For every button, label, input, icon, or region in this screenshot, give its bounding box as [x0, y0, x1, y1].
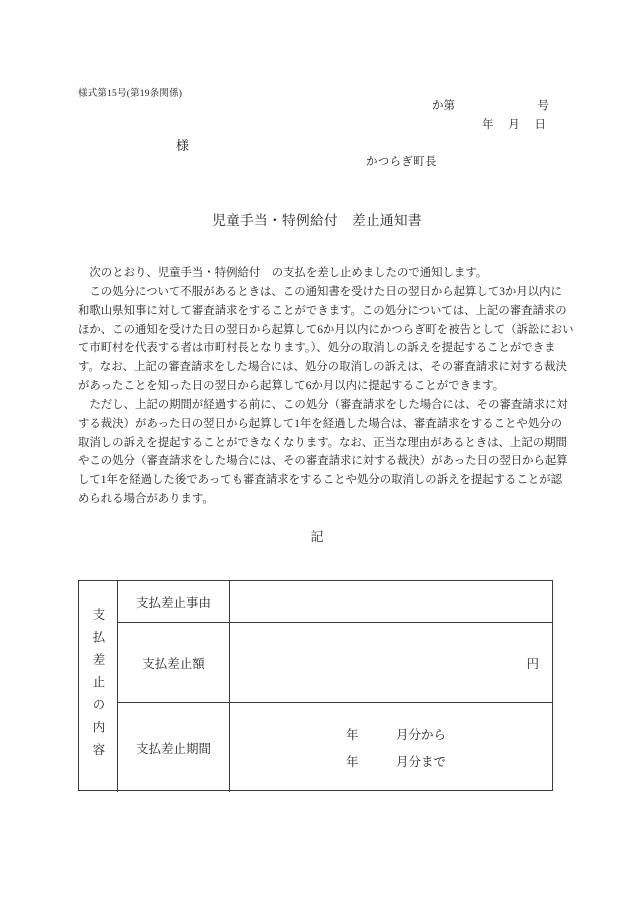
period-from-line: 年 月分から [346, 725, 552, 743]
body-line: ほか、この通知を受けた日の翌日から起算して6か月以内にかつらぎ町を被告として（訴… [78, 321, 564, 340]
body-line: やこの処分（審査請求をした場合には、その審査請求に対する裁決）があった日の翌日か… [78, 452, 564, 471]
body-line: す。なお、上記の審査請求をした場合には、処分の取消しの訴えは、その審査請求に対す… [78, 358, 564, 377]
body-line: ただし、上記の期間が経過する前に、この処分（審査請求をした場合には、その審査請求… [78, 396, 564, 415]
date-line: 年 月 日 [482, 116, 546, 132]
reason-label-cell: 支払差止事由 [118, 581, 230, 623]
body-line: 取消しの訴えを提起することができなくなります。なお、正当な理由があるときは、上記… [78, 434, 564, 453]
reason-value-cell [230, 581, 552, 623]
body-line: があったことを知った日の翌日から起算して6か月以内に提起することができます。 [78, 377, 564, 396]
amount-value-cell: 円 [230, 623, 552, 703]
amount-label-cell: 支払差止額 [118, 623, 230, 703]
period-label-cell: 支払差止期間 [118, 703, 230, 792]
date-month-label: 月 [508, 116, 520, 132]
table-vertical-header: 支払差止の内容 [79, 581, 118, 792]
body-text: 次のとおり、児童手当・特例給付 の支払を差し止めましたので通知します。 この処分… [78, 264, 564, 509]
date-day-label: 日 [535, 116, 547, 132]
document-title: 児童手当・特例給付 差止通知書 [78, 209, 556, 229]
body-line: 次のとおり、児童手当・特例給付 の支払を差し止めましたので通知します。 [78, 264, 564, 283]
amount-unit-label: 円 [526, 654, 539, 672]
sender-name: かつらぎ町長 [366, 153, 437, 169]
addressee-suffix: 様 [176, 135, 189, 154]
reference-number-line: か第 号 [432, 97, 549, 113]
form-number: 様式第15号(第19条関係) [78, 85, 182, 99]
body-line: て市町村を代表する者は市町村長となります。）、処分の取消しの訴えを提起することが… [78, 339, 564, 358]
document-page: 様式第15号(第19条関係) か第 号 年 月 日 様 かつらぎ町長 児童手当・… [0, 0, 630, 903]
body-line: この処分について不服があるときは、この通知書を受けた日の翌日から起算して3か月以… [78, 283, 564, 302]
body-line: められる場合があります。 [78, 490, 564, 509]
period-value-cell: 年 月分から 年 月分まで [230, 703, 552, 792]
ki-marker: 記 [78, 526, 556, 545]
period-to-line: 年 月分まで [346, 752, 552, 770]
body-line: する裁決）があった日の翌日から起算して1年を経過した場合は、審査請求をすることや… [78, 415, 564, 434]
reference-suffix: 号 [538, 97, 550, 113]
date-year-label: 年 [482, 116, 494, 132]
body-line: 和歌山県知事に対して審査請求をすることができます。この処分については、上記の審査… [78, 302, 564, 321]
reference-prefix: か第 [432, 97, 455, 113]
suspension-details-table: 支払差止の内容 支払差止事由 支払差止額 円 支払差止期間 年 月分から 年 月… [78, 580, 553, 791]
body-line: して1年を経過した後であっても審査請求をすることや処分の取消しの訴えを提起するこ… [78, 471, 564, 490]
